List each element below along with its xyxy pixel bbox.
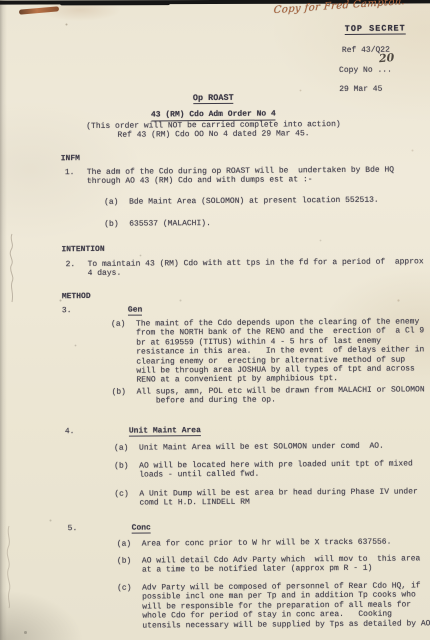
- paragraph-number: 4.: [65, 427, 129, 437]
- subitem-5c: (c) Adv Party will be composed of person…: [117, 581, 430, 631]
- copy-number-line: Copy No ... 20: [339, 66, 392, 76]
- subitem-text: AO will detail Cdo Adv Party which will …: [142, 554, 430, 575]
- subitem-text: All sups, amn, POL etc will be drawn fro…: [137, 385, 429, 406]
- subitem-text: 635537 (MALACHI).: [129, 217, 419, 229]
- paragraph-2: 2. To maintain 43 (RM) Cdo with att tps …: [66, 257, 430, 279]
- subitem-4c: (c) A Unit Dump will be est area br head…: [114, 487, 430, 508]
- operation-title: Op ROAST: [193, 94, 234, 105]
- subitem-label: (b): [112, 388, 137, 398]
- paragraph-number: 3.: [62, 306, 128, 316]
- subitem-label: (b): [117, 557, 142, 567]
- paragraph-1: 1. The adm of the Cdo during op ROAST wi…: [65, 165, 427, 187]
- order-ref-line: Ref 43 (RM) Cdo OO No 4 dated 29 Mar 45.: [0, 129, 429, 142]
- paragraph-5-heading: 5. Conc: [68, 524, 151, 535]
- subitem-text: Bde Maint Area (SOLOMON) at present loca…: [129, 195, 419, 207]
- paragraph-title: Unit Maint Area: [129, 426, 201, 437]
- paragraph-title: Gen: [128, 306, 142, 317]
- subitem-label: (a): [117, 540, 142, 550]
- subitem-label: (b): [114, 462, 139, 472]
- section-heading-method: METHOD: [62, 292, 91, 302]
- subitem-1b: (b) 635537 (MALACHI).: [104, 217, 419, 229]
- handwritten-note: Copy for Fred Campton.: [273, 0, 423, 16]
- subitem-text: Unit Maint Area will be est SOLOMON unde…: [139, 441, 430, 453]
- subitem-text: AO will be located here with pre loaded …: [139, 459, 430, 480]
- subitem-label: (a): [111, 320, 136, 330]
- section-heading-intention: INTENTION: [61, 245, 104, 255]
- paragraph-number: 5.: [68, 524, 132, 534]
- classification-stamp: TOP SECRET: [345, 24, 406, 35]
- order-title: 43 (RM) Cdo Adm Order No 4: [151, 110, 276, 121]
- subitem-text: Adv Party will be composed of personnel …: [142, 581, 430, 630]
- subitem-label: (c): [117, 584, 142, 594]
- document-page: Copy for Fred Campton. TOP SECRET Ref 43…: [0, 0, 430, 640]
- subitem-3a: (a) The maint of the Cdo depends upon th…: [111, 317, 429, 385]
- subitem-text: A Unit Dump will be est area br head dur…: [139, 487, 430, 508]
- subitem-3b: (b) All sups, amn, POL etc will be drawn…: [112, 385, 429, 406]
- classification-stamp-text: TOP SECRET: [345, 24, 406, 35]
- paragraph-number: 1.: [65, 168, 87, 178]
- subitem-5a: (a) Area for conc prior to W hr will be …: [117, 537, 430, 549]
- paragraph-text: The adm of the Cdo during op ROAST will …: [87, 165, 427, 186]
- paragraph-text: To maintain 43 (RM) Cdo with att tps in …: [88, 257, 430, 279]
- subitem-1a: (a) Bde Maint Area (SOLOMON) at present …: [104, 195, 419, 207]
- subitem-label: (a): [104, 198, 129, 208]
- subitem-4a: (a) Unit Maint Area will be est SOLOMON …: [114, 441, 430, 453]
- paragraph-3-heading: 3. Gen: [62, 306, 142, 317]
- paragraph-title: Conc: [132, 524, 151, 535]
- subitem-5b: (b) AO will detail Cdo Adv Party which w…: [117, 554, 430, 575]
- subitem-label: (c): [114, 490, 139, 500]
- handwritten-copy-number: 20: [379, 53, 395, 64]
- section-heading-infm: INFM: [61, 154, 80, 164]
- title-block: Op ROAST 43 (RM) Cdo Adm Order No 4 (Thi…: [0, 92, 429, 141]
- paragraph-4-heading: 4. Unit Maint Area: [65, 426, 201, 437]
- copy-number-label: Copy No ...: [339, 66, 392, 75]
- subitem-text: The maint of the Cdo depends upon the cl…: [136, 317, 429, 385]
- subitem-text: Area for conc prior to W hr will be X tr…: [142, 537, 430, 549]
- subitem-4b: (b) AO will be located here with pre loa…: [114, 459, 430, 480]
- subitem-label: (b): [104, 220, 129, 230]
- paragraph-number: 2.: [66, 260, 88, 270]
- subitem-label: (a): [114, 444, 139, 454]
